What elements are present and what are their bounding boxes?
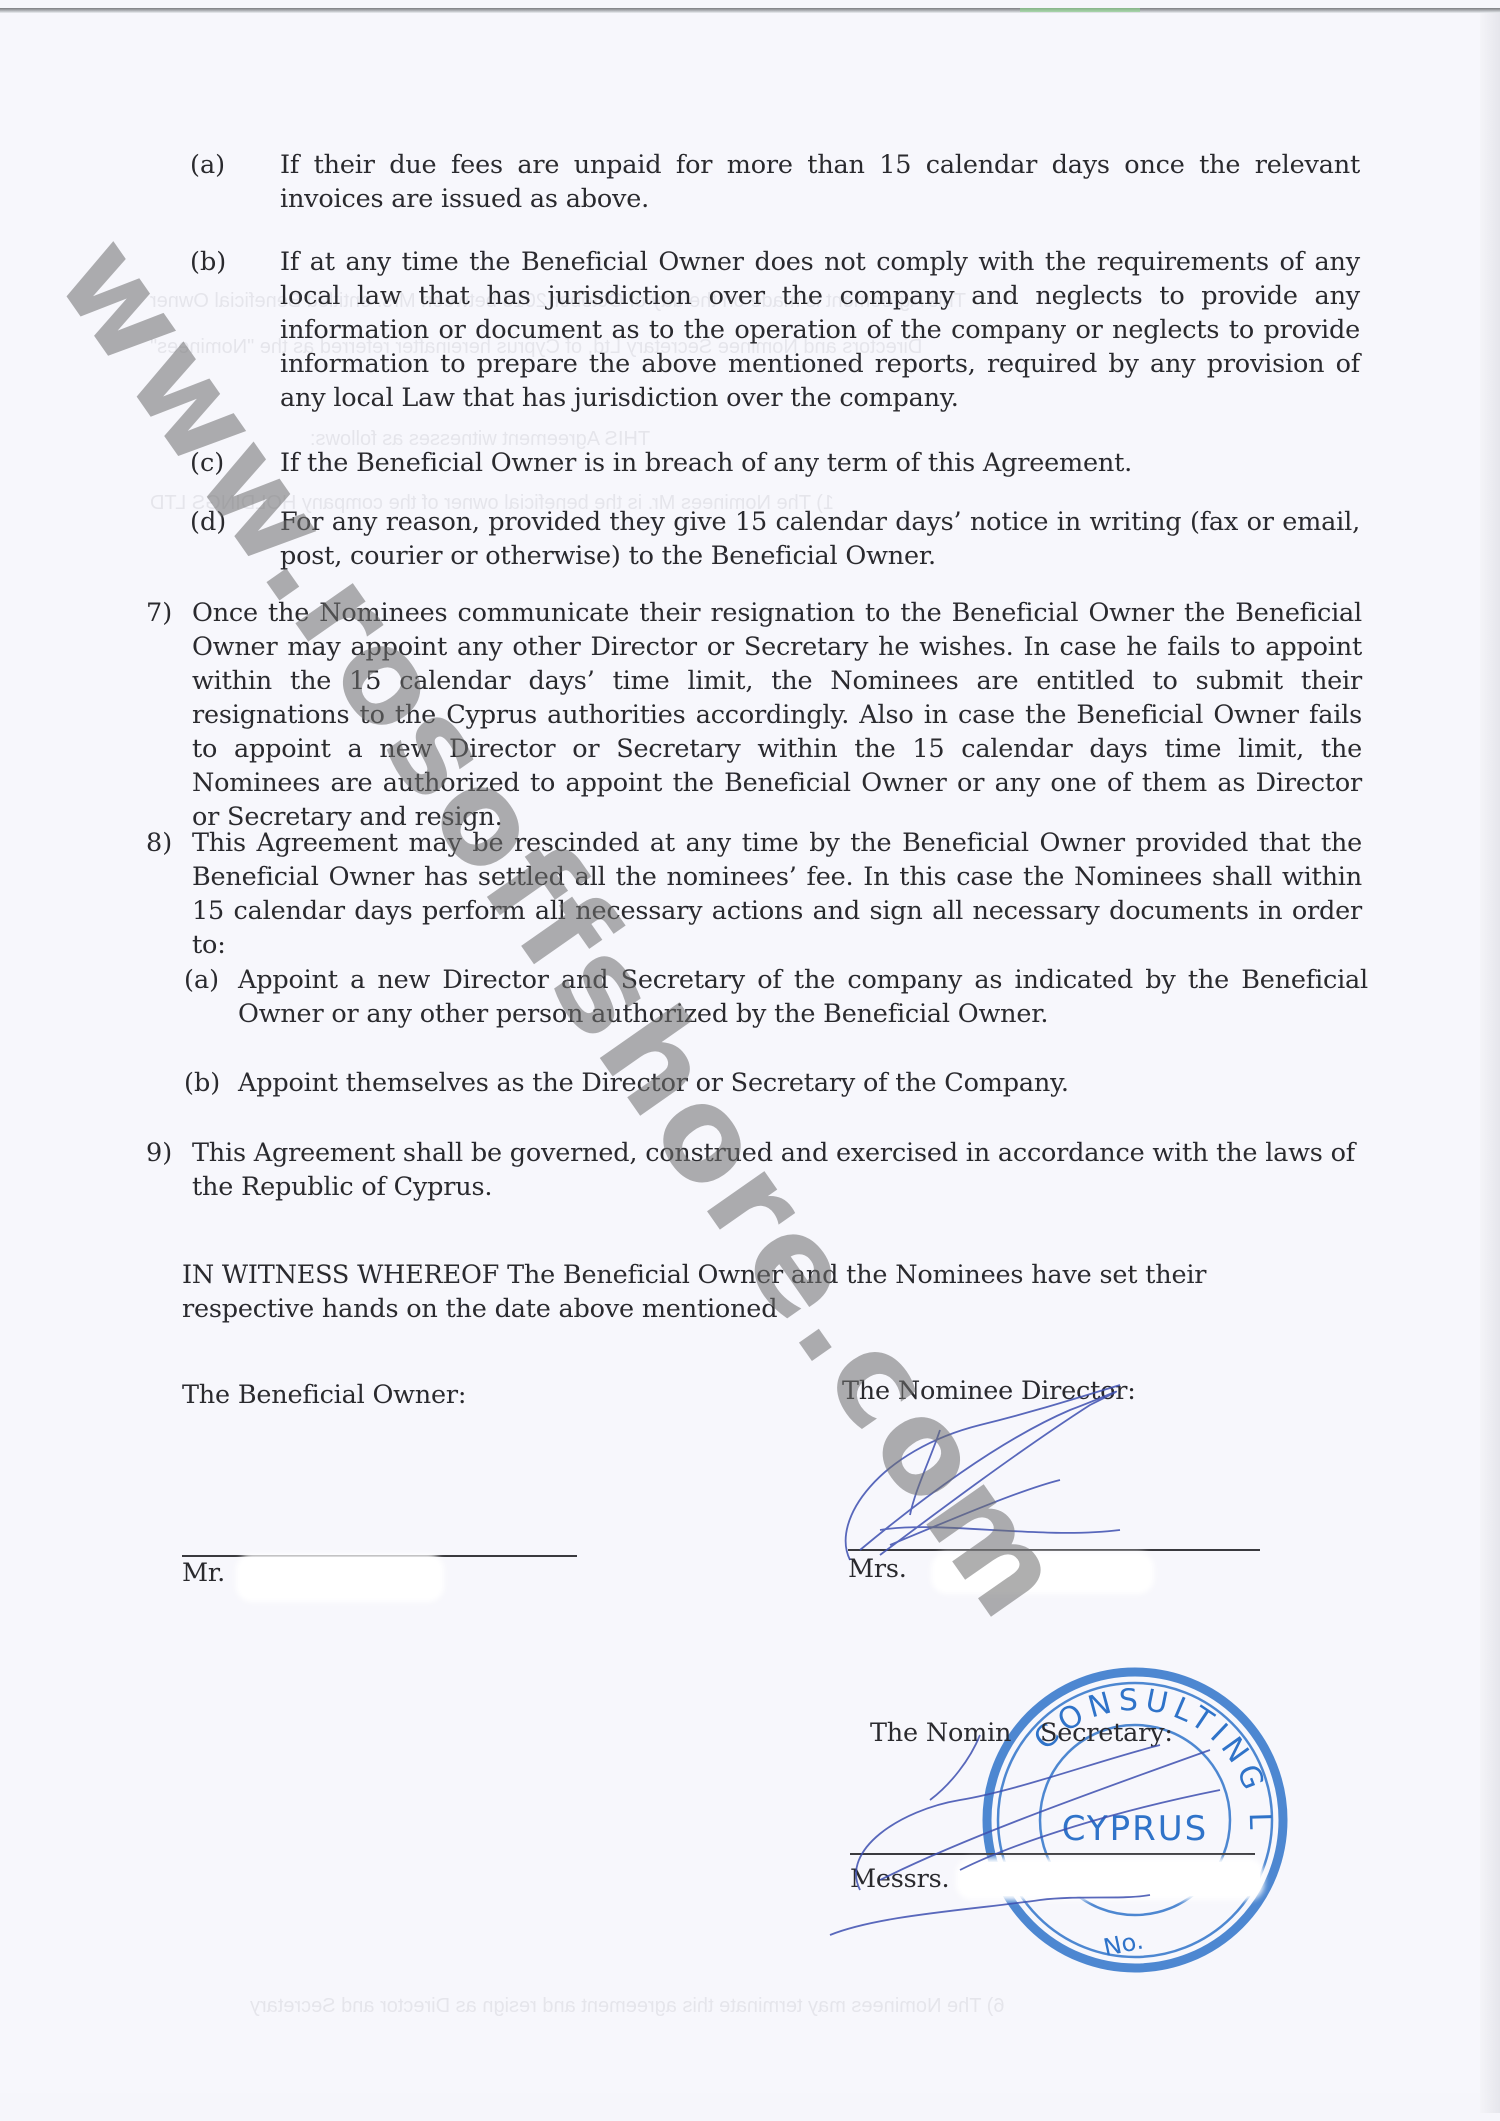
clause-6a-text: If their due fees are unpaid for more th… (280, 148, 1360, 216)
scan-right-edge (1480, 13, 1500, 2113)
nominee-secretary-signature (820, 1690, 1280, 1950)
clause-6d-text: For any reason, provided they give 15 ca… (280, 505, 1360, 573)
clause-6c-text: If the Beneficial Owner is in breach of … (280, 446, 1360, 480)
witness-statement: IN WITNESS WHEREOF The Beneficial Owner … (182, 1258, 1322, 1326)
clause-8a-label: (a) (184, 963, 219, 997)
clause-8-label: 8) (146, 826, 172, 860)
clause-8a-text: Appoint a new Director and Secretary of … (238, 963, 1368, 1031)
clause-9-label: 9) (146, 1136, 172, 1170)
clause-8-text: This Agreement may be rescinded at any t… (192, 826, 1362, 962)
bleed-through-line: 6) The Nominees may terminate this agree… (250, 1995, 1004, 2018)
clause-6d-label: (d) (190, 505, 226, 539)
nominee-director-signature (820, 1370, 1280, 1570)
beneficial-owner-heading: The Beneficial Owner: (182, 1378, 466, 1412)
beneficial-owner-name-prefix: Mr. (182, 1556, 225, 1590)
clause-7-text: Once the Nominees communicate their resi… (192, 596, 1362, 834)
clause-6b-text: If at any time the Beneficial Owner does… (280, 245, 1360, 415)
clause-6c-label: (c) (190, 446, 224, 480)
clause-6a-label: (a) (190, 148, 225, 182)
clause-8b-label: (b) (184, 1066, 220, 1100)
clause-9-text: This Agreement shall be governed, constr… (192, 1136, 1372, 1204)
clause-8b-text: Appoint themselves as the Director or Se… (238, 1066, 1368, 1100)
redacted-name (240, 1558, 440, 1598)
clause-7-label: 7) (146, 596, 172, 630)
clause-6b-label: (b) (190, 245, 226, 279)
beneficial-owner-signature-line (182, 1555, 577, 1557)
